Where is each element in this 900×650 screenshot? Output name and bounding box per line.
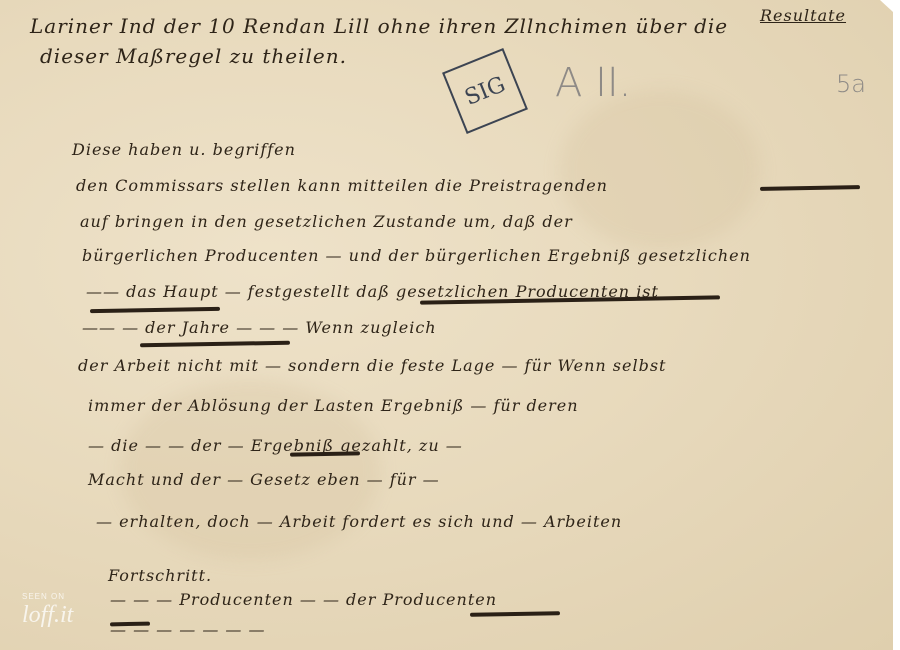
body-line: — die — — der — Ergebniß gezahlt, zu —	[88, 436, 463, 455]
library-stamp: SIG	[442, 48, 528, 134]
watermark-label: SEEN ON	[22, 592, 65, 601]
body-line: Macht und der — Gesetz eben — für —	[88, 470, 440, 489]
body-line: Diese haben u. begriffen	[72, 140, 296, 159]
body-line: auf bringen in den gesetzlichen Zustande…	[80, 212, 573, 231]
margin-note: Resultate	[760, 6, 846, 25]
body-line: immer der Ablösung der Lasten Ergebniß —…	[88, 396, 579, 415]
body-line: —— — der Jahre — — — Wenn zugleich	[82, 318, 437, 337]
paper-stain	[560, 90, 760, 250]
strikethrough	[110, 622, 150, 627]
body-line: Fortschritt.	[108, 566, 212, 585]
strikethrough	[470, 611, 560, 617]
header-line-2: dieser Maßregel zu theilen.	[40, 44, 347, 68]
strikethrough	[140, 341, 290, 348]
body-line: — — — Producenten — — der Producenten	[110, 590, 497, 609]
archive-ref-pencil: A II.	[555, 60, 631, 106]
folio-number-pencil: 5a	[836, 70, 866, 98]
header-line-1: Lariner Ind der 10 Rendan Lill ohne ihre…	[30, 14, 728, 38]
body-line: bürgerlichen Producenten — und der bürge…	[82, 246, 751, 265]
body-line: — erhalten, doch — Arbeit fordert es sic…	[96, 512, 622, 531]
watermark-brand: loff.it	[22, 602, 73, 629]
body-line: den Commissars stellen kann mitteilen di…	[76, 176, 608, 195]
stamp-text: SIG	[461, 72, 509, 111]
strikethrough	[90, 307, 220, 313]
manuscript-paper: Lariner Ind der 10 Rendan Lill ohne ihre…	[0, 0, 893, 650]
body-line: der Arbeit nicht mit — sondern die feste…	[78, 356, 666, 375]
strikethrough	[760, 185, 860, 191]
